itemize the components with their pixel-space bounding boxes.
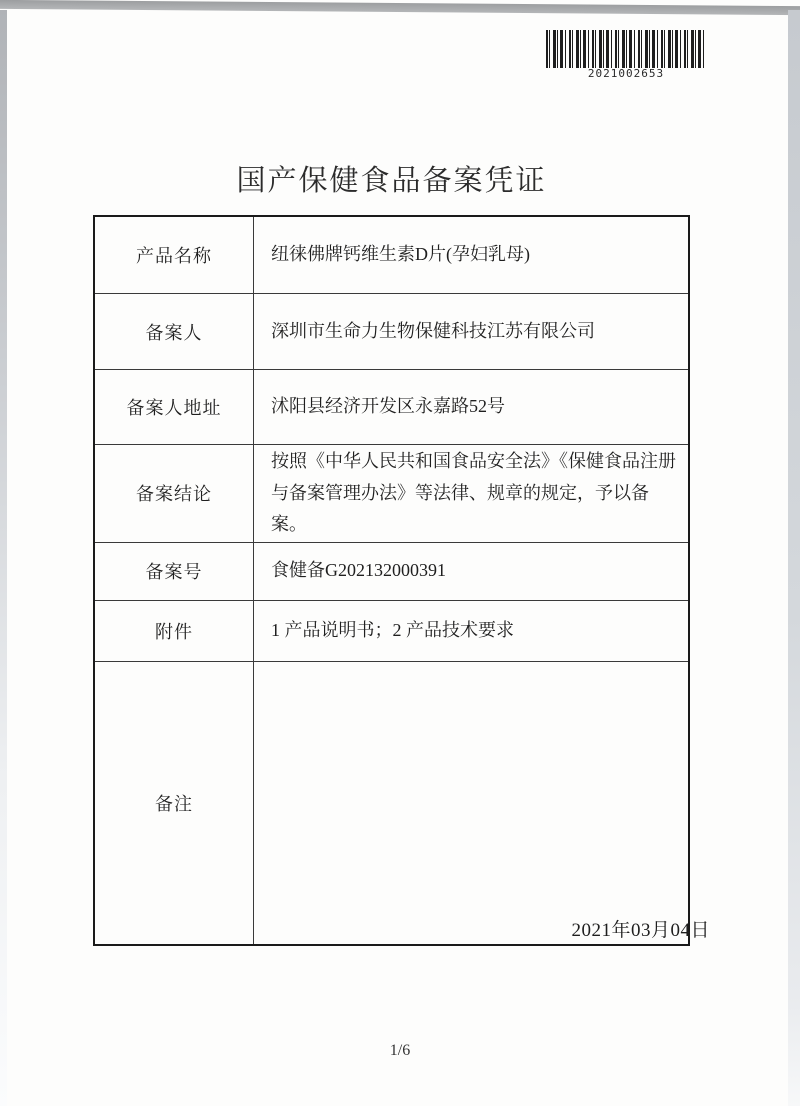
row-label: 备案人地址 xyxy=(94,370,254,445)
row-label: 备案结论 xyxy=(94,445,254,543)
barcode-number: 2021002653 xyxy=(545,68,707,80)
row-label: 备案人 xyxy=(94,294,254,370)
scan-edge-top xyxy=(0,0,800,15)
table-row: 备注 xyxy=(94,661,689,945)
page-title: 国产保健食品备案凭证 xyxy=(93,158,690,199)
row-label: 附件 xyxy=(94,600,254,661)
row-value: 食健备G202132000391 xyxy=(254,542,690,600)
row-value: 沭阳县经济开发区永嘉路52号 xyxy=(254,370,690,445)
page-number: 1/6 xyxy=(0,1042,800,1060)
certificate-page: 2021002653 国产保健食品备案凭证 产品名称 纽徕佛牌钙维生素D片(孕妇… xyxy=(0,0,800,1106)
row-label: 产品名称 xyxy=(94,216,254,294)
row-value xyxy=(254,661,690,945)
issue-date: 2021年03月04日 xyxy=(571,915,710,942)
barcode-image xyxy=(546,30,706,68)
table-row: 备案结论 按照《中华人民共和国食品安全法》《保健食品注册与备案管理办法》等法律、… xyxy=(94,445,689,543)
scan-edge-left xyxy=(0,10,7,1106)
table-row: 备案人 深圳市生命力生物保健科技江苏有限公司 xyxy=(94,294,689,370)
certificate-table: 产品名称 纽徕佛牌钙维生素D片(孕妇乳母) 备案人 深圳市生命力生物保健科技江苏… xyxy=(93,215,690,946)
table-row: 备案号 食健备G202132000391 xyxy=(94,542,689,600)
row-label: 备案号 xyxy=(94,542,254,600)
scan-edge-right xyxy=(788,10,800,1106)
table-row: 产品名称 纽徕佛牌钙维生素D片(孕妇乳母) xyxy=(94,216,689,294)
table-row: 备案人地址 沭阳县经济开发区永嘉路52号 xyxy=(94,370,689,445)
row-value: 按照《中华人民共和国食品安全法》《保健食品注册与备案管理办法》等法律、规章的规定… xyxy=(254,445,690,543)
barcode: 2021002653 xyxy=(545,30,707,80)
row-value: 纽徕佛牌钙维生素D片(孕妇乳母) xyxy=(254,216,690,294)
row-value: 深圳市生命力生物保健科技江苏有限公司 xyxy=(254,294,690,370)
table-row: 附件 1 产品说明书；2 产品技术要求 xyxy=(94,600,689,661)
row-value: 1 产品说明书；2 产品技术要求 xyxy=(254,600,690,661)
row-label: 备注 xyxy=(94,661,254,945)
